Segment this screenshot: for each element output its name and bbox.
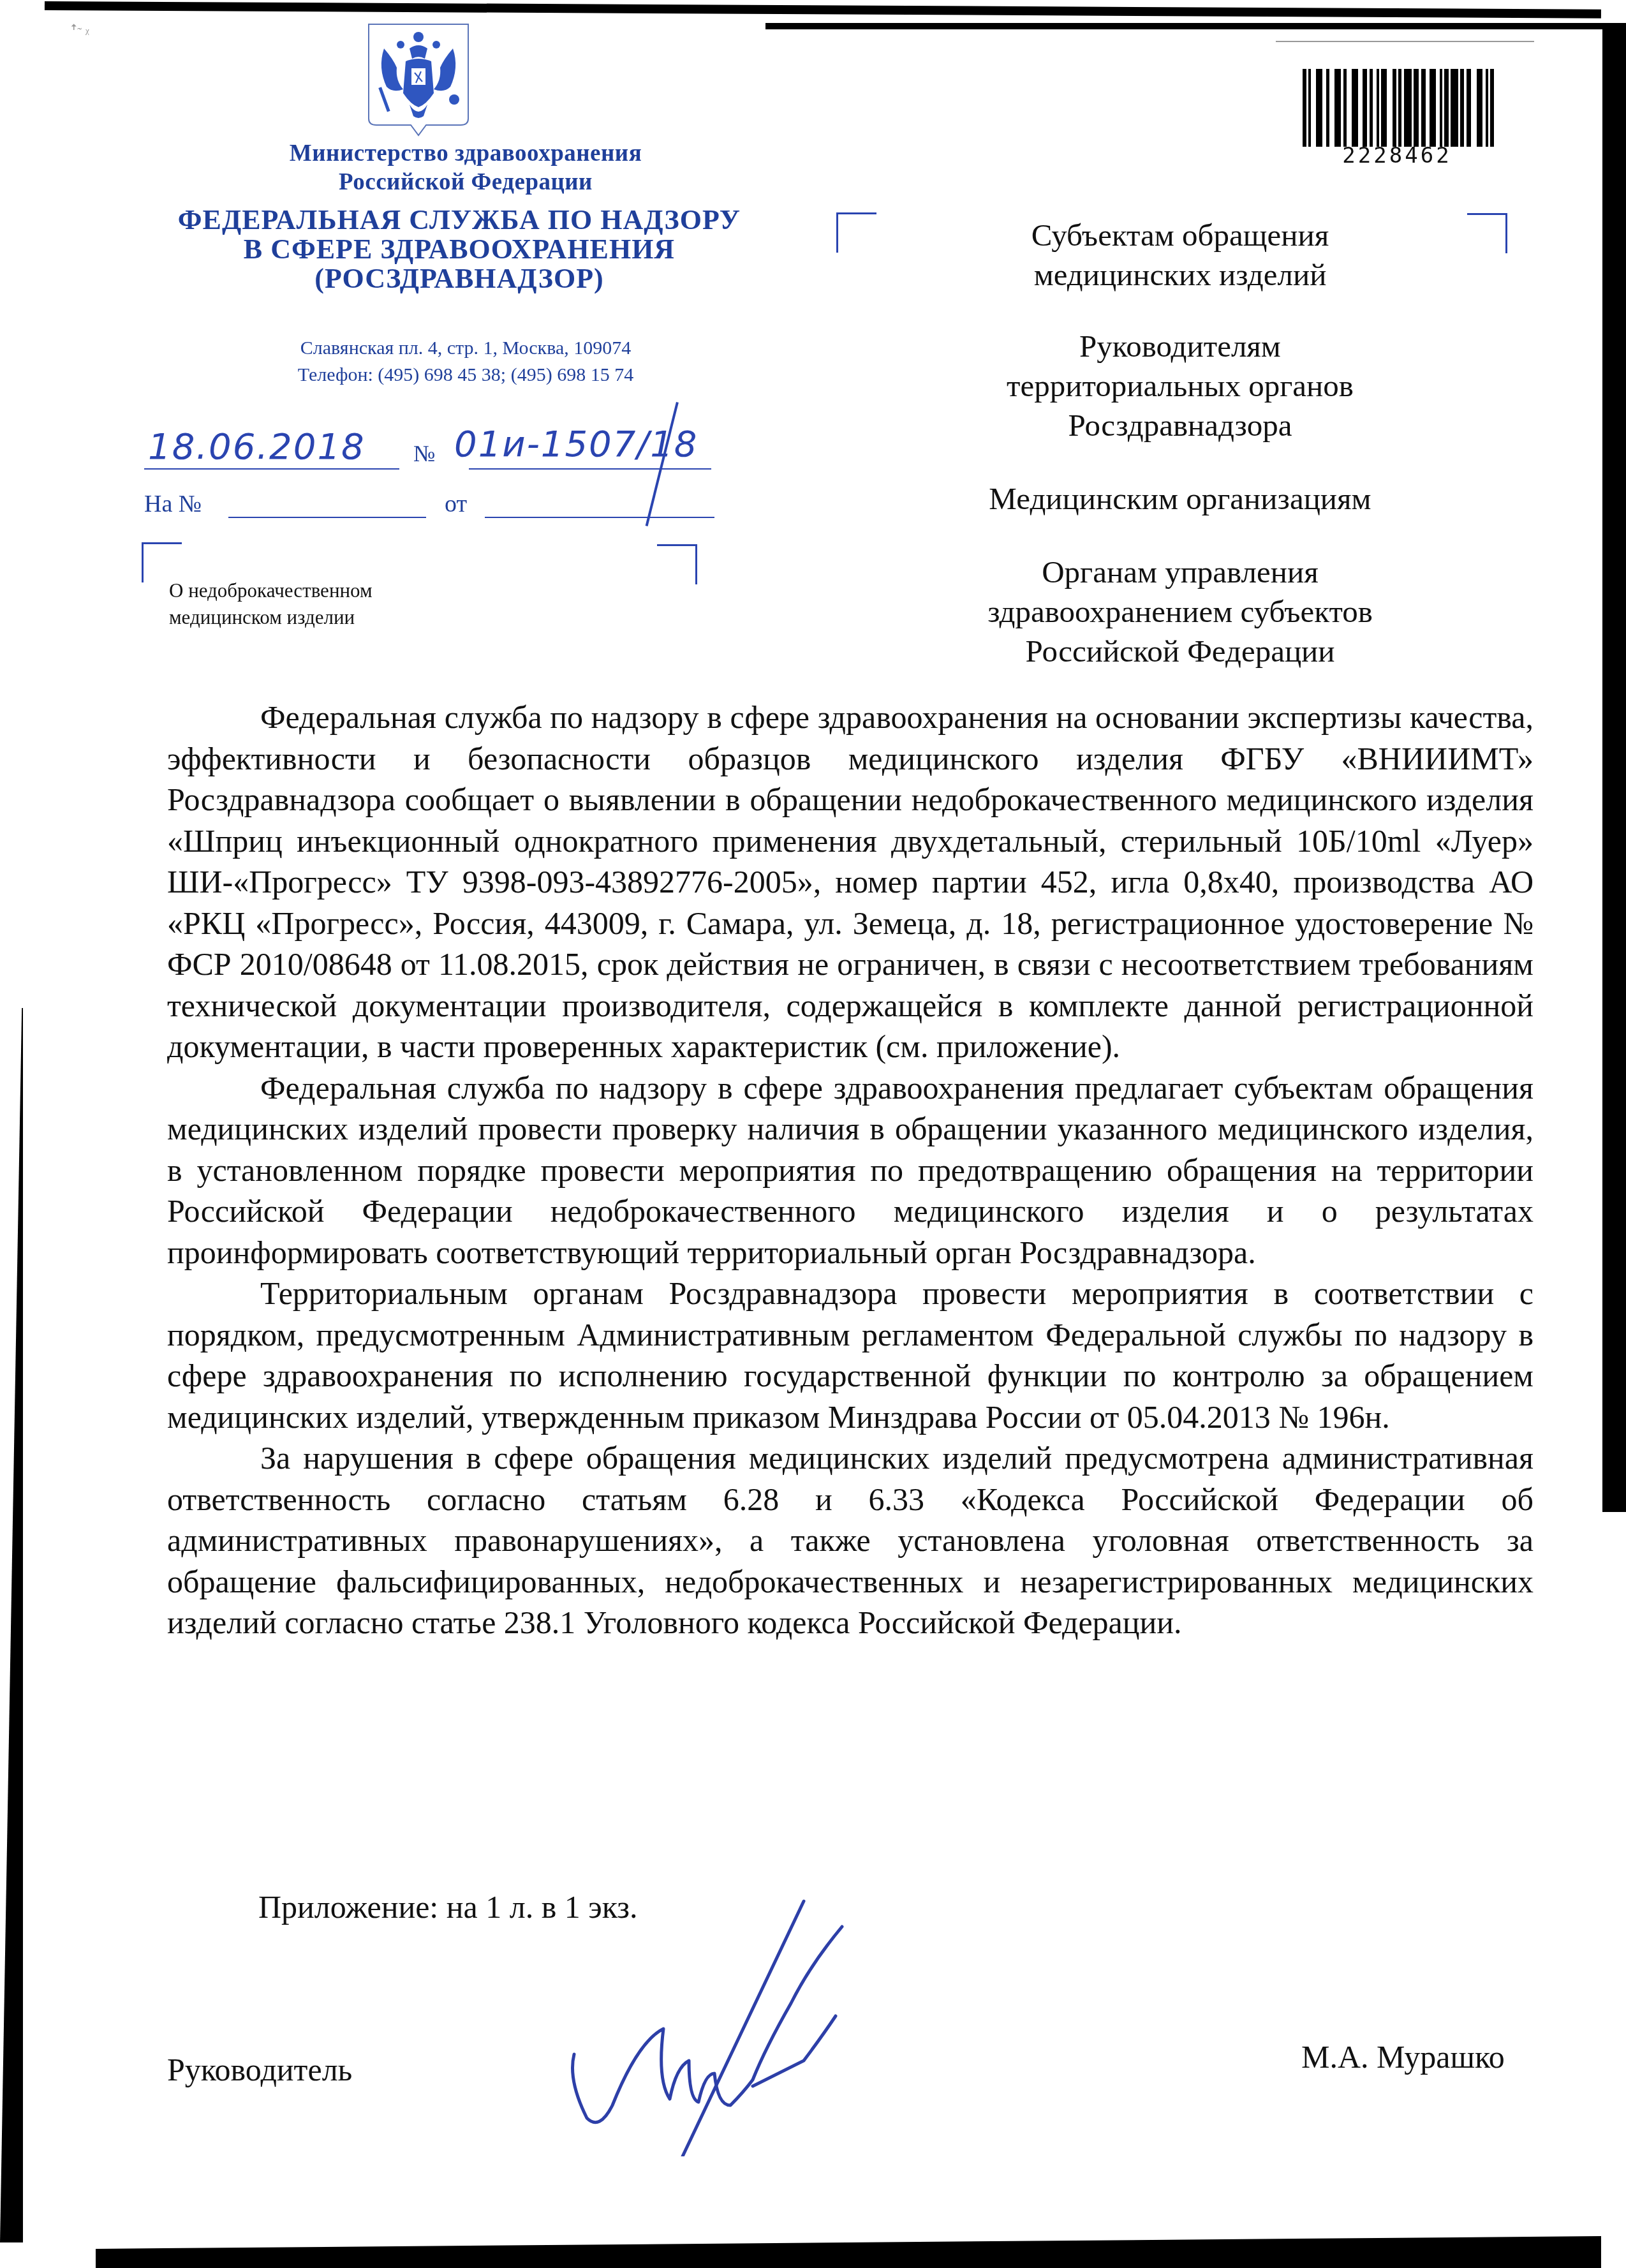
reply-number-label: На №: [144, 490, 202, 518]
subject-line-1: О недоброкачественном: [169, 577, 373, 604]
scan-border-top-right: [765, 23, 1626, 29]
subject-bracket-right: [657, 544, 697, 584]
barcode-frame-line: [1276, 41, 1534, 42]
number-underline: [469, 468, 711, 470]
ministry-name: Министерство здравоохранения Российской …: [191, 139, 740, 196]
body-paragraph-4: За нарушения в сфере обращения медицинск…: [167, 1437, 1534, 1643]
recipient-line: Органам управления: [861, 552, 1499, 592]
recipient-group-3: Медицинским организациям: [861, 479, 1499, 519]
coat-of-arms-icon: [365, 23, 472, 137]
outgoing-date: 18.06.2018: [148, 426, 390, 468]
ministry-line-1: Министерство здравоохранения: [191, 139, 740, 168]
reply-date-field: [485, 491, 714, 518]
body-paragraph-3: Территориальным органам Росздравнадзора …: [167, 1273, 1534, 1437]
recipient-group-2: Руководителям территориальных органов Ро…: [861, 327, 1499, 445]
outgoing-number: 01и-1507/18: [454, 424, 786, 465]
number-sign: №: [413, 440, 435, 467]
agency-line-1: ФЕДЕРАЛЬНАЯ СЛУЖБА ПО НАДЗОРУ: [140, 205, 778, 235]
agency-name: ФЕДЕРАЛЬНАЯ СЛУЖБА ПО НАДЗОРУ В СФЕРЕ ЗД…: [140, 205, 778, 293]
scan-border-bottom: [96, 2236, 1601, 2268]
recipient-line: Российской Федерации: [861, 632, 1499, 671]
recipient-line: Субъектам обращения: [861, 216, 1499, 255]
recipient-line: здравоохранением субъектов: [861, 592, 1499, 632]
recipient-line: медицинских изделий: [861, 255, 1499, 295]
body-paragraph-2: Федеральная служба по надзору в сфере зд…: [167, 1067, 1534, 1273]
agency-phone: Телефон: (495) 698 45 38; (495) 698 15 7…: [159, 362, 772, 389]
barcode-icon: [1303, 69, 1494, 147]
recipient-line: Медицинским организациям: [861, 479, 1499, 519]
agency-line-2: В СФЕРЕ ЗДРАВООХРАНЕНИЯ: [140, 235, 778, 264]
barcode-number: 2228462: [1301, 143, 1493, 168]
reply-number-field: [228, 491, 426, 518]
date-underline: [144, 468, 399, 470]
agency-address: Славянская пл. 4, стр. 1, Москва, 109074: [159, 335, 772, 362]
scan-border-right: [1602, 26, 1626, 1512]
signatory-title: Руководитель: [167, 2051, 352, 2088]
body-paragraph-1: Федеральная служба по надзору в сфере зд…: [167, 697, 1534, 1067]
recipient-line: Росздравнадзора: [861, 406, 1499, 445]
scan-border-left: [0, 1008, 23, 2242]
recipient-group-1: Субъектам обращения медицинских изделий: [861, 216, 1499, 295]
handwritten-signature-icon: [561, 1888, 982, 2156]
recipient-line: Руководителям: [861, 327, 1499, 366]
ministry-line-2: Российской Федерации: [191, 168, 740, 196]
letter-body: Федеральная служба по надзору в сфере зд…: [167, 697, 1534, 1643]
subject: О недоброкачественном медицинском издели…: [169, 577, 373, 631]
agency-contacts: Славянская пл. 4, стр. 1, Москва, 109074…: [159, 335, 772, 389]
recipient-line: территориальных органов: [861, 366, 1499, 406]
agency-line-3: (РОСЗДРАВНАДЗОР): [140, 264, 778, 293]
scan-border-top: [45, 1, 1601, 19]
subject-line-2: медицинском изделии: [169, 604, 373, 631]
scan-smudge: ꜛ˜ ᵡ: [70, 24, 147, 38]
subject-bracket-left: [142, 542, 182, 582]
signatory-name: М.А. Мурашко: [1301, 2038, 1505, 2075]
reply-from-label: от: [445, 490, 467, 518]
recipient-group-4: Органам управления здравоохранением субъ…: [861, 552, 1499, 671]
